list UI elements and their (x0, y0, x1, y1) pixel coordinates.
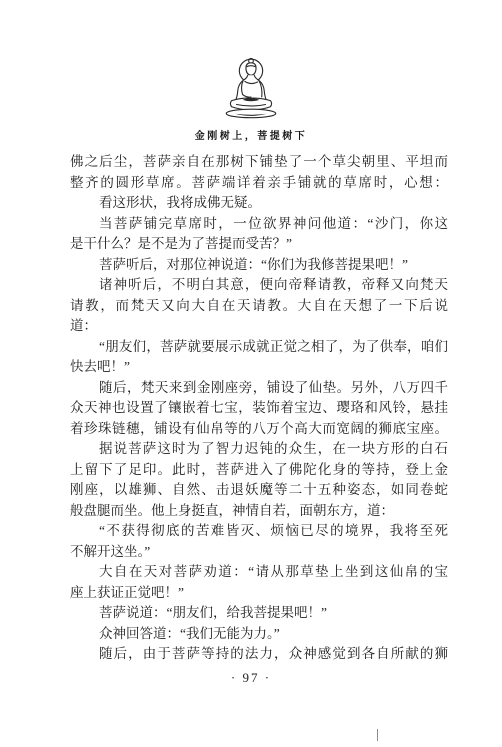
text-line: 快去吧！” (70, 357, 448, 378)
text-line: 整齐的圆形草席。菩萨端详着亲手铺就的草席时，心想： (70, 173, 448, 194)
text-line: 是干什么？是不是为了菩提而受苦？” (70, 234, 448, 255)
text-line: 上留下了足印。此时，菩萨进入了佛陀化身的等持，登上金 (70, 460, 448, 481)
text-line: 道： (70, 316, 448, 337)
text-line: 随后，梵天来到金刚座旁，铺设了仙垫。另外，八万四千 (70, 378, 448, 399)
text-line: 座上获证正觉吧！” (70, 583, 448, 604)
text-line: 看这形状，我将成佛无疑。 (70, 193, 448, 214)
text-line: 刚座，以雄狮、自然、击退妖魔等二十五种姿态，如同卷蛇 (70, 480, 448, 501)
text-line: 随后，由于菩萨等持的法力，众神感觉到各自所献的狮 (70, 644, 448, 665)
text-line: 请教，而梵天又向大自在天请教。大自在天想了一下后说 (70, 296, 448, 317)
text-line: 着珍珠链穗，铺设有仙帛等的八万个高大而宽阔的狮底宝座。 (70, 419, 448, 440)
illustration-caption: 金刚树上，菩提树下 (0, 127, 502, 142)
text-line: “朋友们，菩萨就要展示成就正觉之相了，为了供奉，咱们 (70, 337, 448, 358)
text-line: 当菩萨铺完草席时，一位欲界神问他道：“沙门，你这 (70, 214, 448, 235)
text-line: 佛之后尘，菩萨亲自在那树下铺垫了一个草尖朝里、平坦而 (70, 152, 448, 173)
text-line: 众神回答道：“我们无能为力。” (70, 624, 448, 645)
seated-buddha-icon (209, 55, 293, 123)
buddha-illustration (209, 55, 293, 123)
text-line: 菩萨听后，对那位神说道：“你们为我修菩提果吧！” (70, 255, 448, 276)
text-line: 菩萨说道：“朋友们，给我菩提果吧！” (70, 603, 448, 624)
book-page: 金刚树上，菩提树下 佛之后尘，菩萨亲自在那树下铺垫了一个草尖朝里、平坦而整齐的圆… (0, 0, 502, 747)
text-line: 众天神也设置了镶嵌着七宝，装饰着宝边、璎珞和风铃，悬挂 (70, 398, 448, 419)
body-text: 佛之后尘，菩萨亲自在那树下铺垫了一个草尖朝里、平坦而整齐的圆形草席。菩萨端详着亲… (70, 152, 448, 665)
text-line: 据说菩萨这时为了智力迟钝的众生，在一块方形的白石 (70, 439, 448, 460)
text-line: “不获得彻底的苦难皆灭、烦恼已尽的境界，我将至死 (70, 521, 448, 542)
page-number: · 97 · (0, 670, 502, 686)
text-line: 诸神听后，不明白其意，便向帝释请教，帝释又向梵天 (70, 275, 448, 296)
text-line: 不解开这坐。” (70, 542, 448, 563)
text-line: 般盘腿而坐。他上身挺直，神情自若，面朝东方，道： (70, 501, 448, 522)
text-line: 大自在天对菩萨劝道：“请从那草垫上坐到这仙帛的宝 (70, 562, 448, 583)
scan-artifact-line (377, 729, 378, 741)
